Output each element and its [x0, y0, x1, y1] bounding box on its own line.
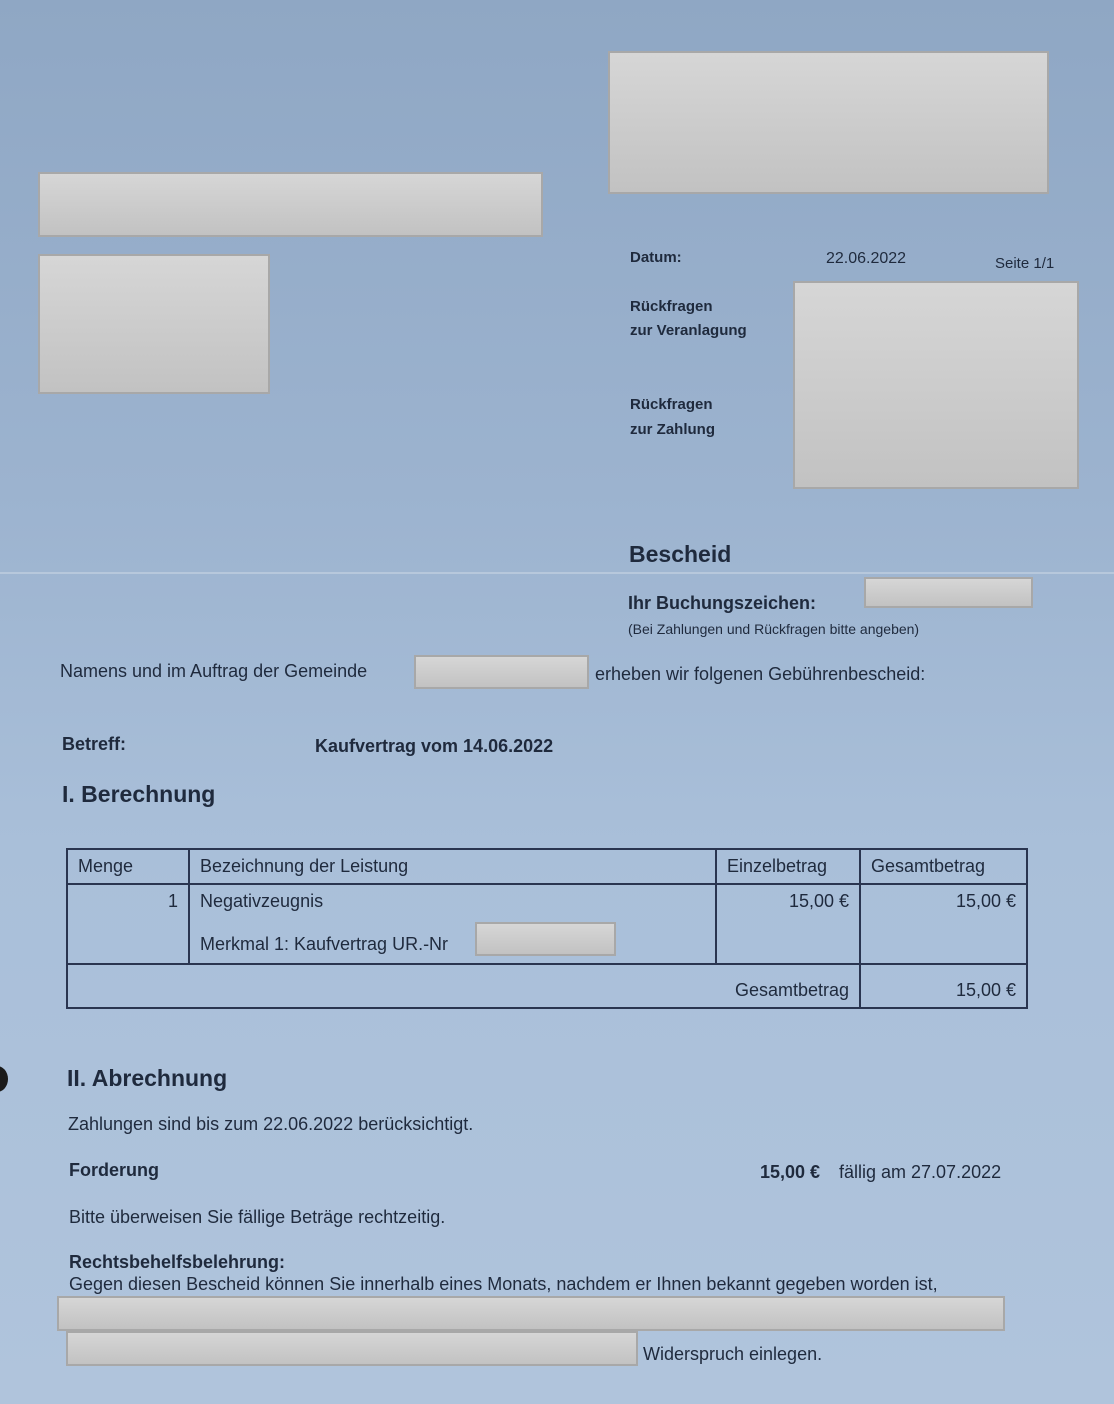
redacted-legal-address — [66, 1331, 638, 1366]
row-quantity: 1 — [67, 884, 189, 964]
claim-amount: 15,00 € — [760, 1162, 820, 1183]
redacted-legal-line — [57, 1296, 1005, 1331]
col-description: Bezeichnung der Leistung — [189, 849, 716, 884]
row-description-cell: Negativzeugnis Merkmal 1: Kaufvertrag UR… — [189, 884, 716, 964]
row-total: 15,00 € — [860, 884, 1027, 964]
intro-text-before: Namens und im Auftrag der Gemeinde — [60, 661, 367, 682]
page-indicator: Seite 1/1 — [995, 255, 1054, 272]
col-unit-price: Einzelbetrag — [716, 849, 860, 884]
col-total: Gesamtbetrag — [860, 849, 1027, 884]
row-feature: Merkmal 1: Kaufvertrag UR.-Nr — [200, 934, 705, 955]
subject-value: Kaufvertrag vom 14.06.2022 — [315, 736, 553, 757]
intro-text-after: erheben wir folgenen Gebührenbescheid: — [595, 664, 925, 685]
legal-text-end: Widerspruch einlegen. — [643, 1344, 822, 1365]
date-value: 22.06.2022 — [826, 250, 906, 268]
booking-ref-label: Ihr Buchungszeichen: — [628, 593, 816, 614]
inquiry-payment-label-1: Rückfragen — [630, 396, 713, 413]
paper-fold — [0, 572, 1114, 574]
redacted-contact-details — [793, 281, 1079, 489]
claim-label: Forderung — [69, 1160, 159, 1181]
total-value: 15,00 € — [860, 964, 1027, 1008]
redacted-sender-block — [608, 51, 1049, 194]
redacted-booking-ref — [864, 577, 1033, 608]
redacted-return-address — [38, 172, 543, 237]
punch-hole — [0, 1066, 8, 1092]
subject-label: Betreff: — [62, 734, 126, 755]
inquiry-assessment-label-1: Rückfragen — [630, 298, 713, 315]
total-label: Gesamtbetrag — [67, 964, 860, 1008]
table-total-row: Gesamtbetrag 15,00 € — [67, 964, 1027, 1008]
legal-heading: Rechtsbehelfsbelehrung: — [69, 1252, 285, 1273]
row-description: Negativzeugnis — [200, 891, 705, 912]
redacted-municipality — [414, 655, 589, 689]
payments-note: Zahlungen sind bis zum 22.06.2022 berück… — [68, 1114, 473, 1135]
claim-due: fällig am 27.07.2022 — [839, 1162, 1001, 1183]
inquiry-assessment-label-2: zur Veranlagung — [630, 322, 747, 339]
table-header-row: Menge Bezeichnung der Leistung Einzelbet… — [67, 849, 1027, 884]
inquiry-payment-label-2: zur Zahlung — [630, 421, 715, 438]
redacted-recipient-address — [38, 254, 270, 394]
legal-text: Gegen diesen Bescheid können Sie innerha… — [69, 1274, 938, 1295]
payment-reminder: Bitte überweisen Sie fällige Beträge rec… — [69, 1207, 445, 1228]
redacted-deed-number — [475, 922, 616, 956]
document-title: Bescheid — [629, 541, 731, 568]
col-quantity: Menge — [67, 849, 189, 884]
settlement-heading: II. Abrechnung — [67, 1065, 227, 1092]
booking-ref-hint: (Bei Zahlungen und Rückfragen bitte ange… — [628, 621, 919, 637]
date-label: Datum: — [630, 249, 682, 266]
calculation-heading: I. Berechnung — [62, 781, 215, 808]
row-unit-price: 15,00 € — [716, 884, 860, 964]
